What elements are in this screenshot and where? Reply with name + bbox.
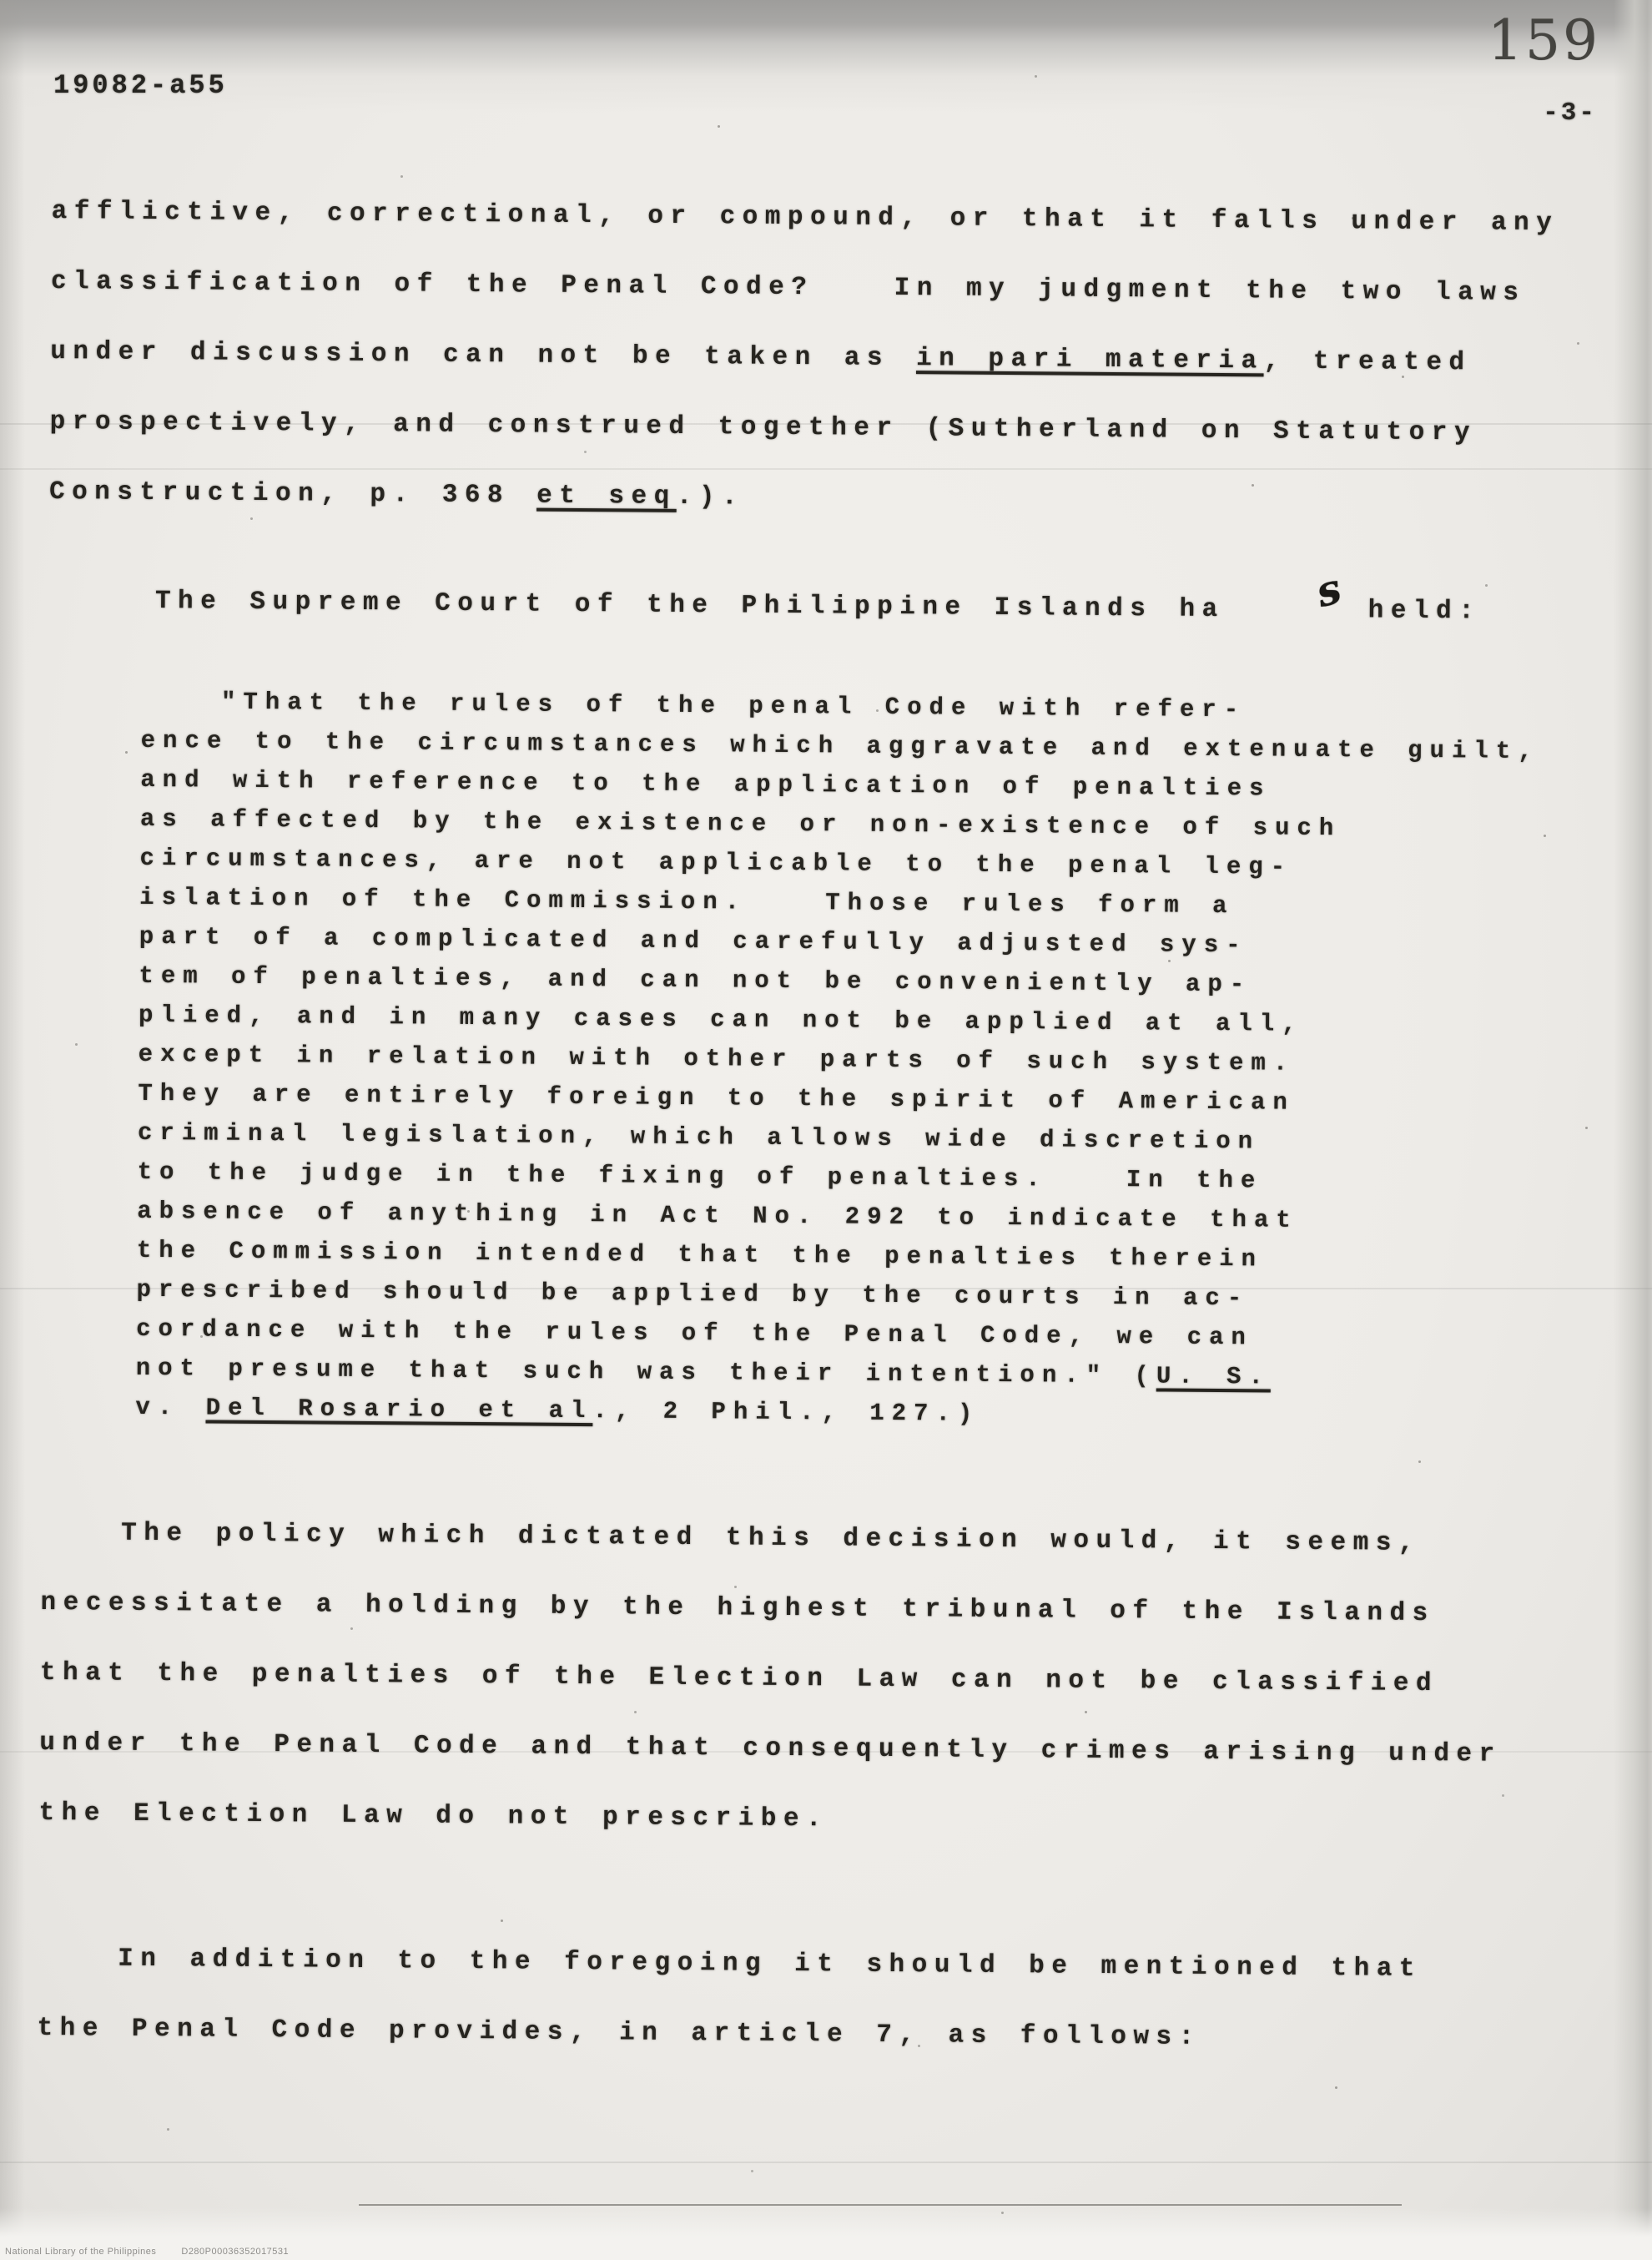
text-segment: .). (677, 482, 745, 512)
text-line: under discussion can not be taken as in … (50, 317, 1619, 400)
text-segment: the Commission intended that the penalti… (137, 1237, 1263, 1274)
scan-edge-top (0, 0, 1652, 113)
paragraph-4: In addition to the foregoing it should b… (37, 1924, 1606, 2076)
library-stamp-text: National Library of the Philippines (5, 2247, 156, 2257)
blockquote-supreme-court: "That the rules of the penal Code with r… (135, 682, 1616, 1439)
text-segment: cordance with the rules of the Penal Cod… (136, 1315, 1253, 1352)
text-segment: part of a complicated and carefully adju… (139, 923, 1248, 959)
text-line: Construction, p. 368 et seq.). (49, 457, 1619, 540)
library-stamp-barcode: D280P00036352017531 (181, 2247, 289, 2257)
scanned-document-page: 19082-a55 159 -3- afflictive, correction… (0, 0, 1652, 2260)
underlined-text: U. S. (1156, 1362, 1271, 1390)
text-segment: In addition to the foregoing it should b… (118, 1945, 1422, 1984)
scan-edge-right (1614, 0, 1652, 2260)
text-line: The Supreme Court of the Philippine Isla… (48, 566, 1618, 648)
text-line: the Election Law do not prescribe. (38, 1778, 1608, 1861)
text-line: The policy which dictated this decision … (41, 1498, 1610, 1581)
text-line: necessitate a holding by the highest tri… (40, 1568, 1609, 1651)
text-segment: "That the rules of the penal Code with r… (221, 689, 1246, 724)
text-segment: The Supreme Court of the Philippine Isla… (155, 587, 1225, 624)
text-segment: Construction, p. 368 (49, 477, 536, 511)
text-segment: not presume that such was their intentio… (136, 1354, 1156, 1390)
text-segment: , treated (1264, 346, 1472, 377)
document-body: afflictive, correctional, or compound, o… (37, 177, 1620, 2076)
text-segment: afflictive, correctional, or compound, o… (52, 197, 1559, 238)
paragraph-3: The policy which dictated this decision … (38, 1498, 1609, 1861)
underlined-text: et seq (536, 482, 677, 512)
text-line: classification of the Penal Code? In my … (51, 247, 1620, 330)
text-line: prospectively, and construed together (S… (49, 387, 1619, 470)
text-line: under the Penal Code and that consequent… (39, 1708, 1609, 1791)
text-segment: prospectively, and construed together (S… (50, 407, 1478, 447)
text-segment: criminal legislation, which allows wide … (138, 1119, 1260, 1156)
text-segment: the Election Law do not prescribe. (38, 1798, 829, 1834)
handwritten-correction: s (1214, 588, 1339, 623)
text-segment: to the judge in the fixing of penalties.… (138, 1158, 1263, 1195)
text-line: the Penal Code provides, in article 7, a… (37, 1994, 1606, 2076)
text-segment: absence of anything in Act No. 292 to in… (137, 1198, 1298, 1234)
text-line: that the penalties of the Election Law c… (40, 1638, 1609, 1721)
text-segment: necessitate a holding by the highest tri… (40, 1588, 1434, 1628)
text-segment: v. (135, 1394, 205, 1422)
text-segment: and with reference to the application of… (140, 766, 1271, 803)
scan-edge-left (0, 0, 25, 2260)
text-segment: as affected by the existence or non-exis… (140, 805, 1342, 842)
scan-artifact-line (0, 2162, 1652, 2163)
page-number: 159 (1488, 8, 1600, 73)
document-number: 19082-a55 (53, 70, 228, 101)
text-segment: islation of the Commission. Those rules … (139, 884, 1235, 920)
page-subnumber: -3- (1543, 98, 1597, 128)
text-segment: plied, and in many cases can not be appl… (139, 1001, 1304, 1038)
library-stamp: National Library of the Philippines D280… (5, 2247, 289, 2257)
underlined-text: Del Rosario et al (206, 1394, 593, 1425)
text-segment: classification of the Penal Code? In my … (51, 267, 1526, 308)
text-segment: ., 2 Phil., 127.) (592, 1397, 980, 1428)
text-segment: under discussion can not be taken as (50, 337, 916, 373)
text-segment: circumstances, are not applicable to the… (139, 845, 1292, 881)
text-segment: They are entirely foreign to the spirit … (138, 1080, 1295, 1117)
text-segment: that the penalties of the Election Law c… (40, 1658, 1438, 1698)
text-line: afflictive, correctional, or compound, o… (51, 177, 1620, 260)
text-segment: prescribed should be applied by the cour… (136, 1276, 1249, 1312)
text-segment: held: (1342, 596, 1482, 626)
text-segment: the Penal Code provides, in article 7, a… (37, 2014, 1201, 2052)
text-segment: The policy which dictated this decision … (121, 1519, 1421, 1558)
text-segment: except in relation with other parts of s… (139, 1041, 1296, 1077)
text-segment: ence to the circumstances which aggravat… (141, 727, 1540, 765)
paragraph-1: afflictive, correctional, or compound, o… (49, 177, 1620, 540)
underlined-text: in pari materia (916, 344, 1264, 376)
scan-artifact-line (359, 2204, 1402, 2206)
paragraph-2: The Supreme Court of the Philippine Isla… (48, 566, 1618, 648)
text-line: In addition to the foregoing it should b… (38, 1924, 1607, 2006)
text-segment: tem of penalties, and can not be conveni… (139, 962, 1252, 998)
text-segment: under the Penal Code and that consequent… (39, 1728, 1502, 1769)
